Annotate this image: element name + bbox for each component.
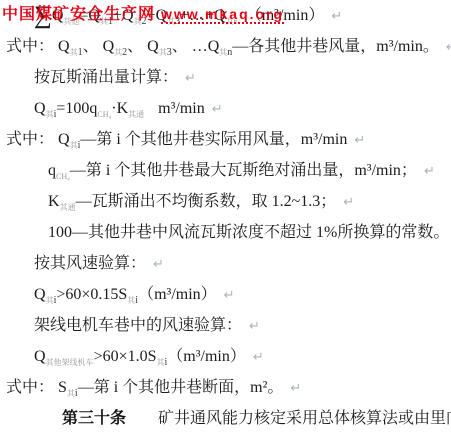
paragraph-mark-icon: ↵ — [205, 102, 223, 117]
text-line: 式中： Q其i—第 i 个其他井巷实际用风量，m³/min↵ — [0, 124, 451, 155]
text-segment: （m³/min） — [138, 286, 217, 303]
text-segment: 按瓦斯涌出量计算： — [34, 69, 178, 86]
text-segment: —第 i 个其他井巷实际用风量，m³/min — [80, 131, 347, 148]
text-segment: 、 …Q — [172, 38, 220, 55]
text-line: 第三十条 矿井通风能力核定采用总体核算法或由里向外核算 — [0, 403, 451, 434]
text-segment: =100q — [56, 100, 97, 117]
subscript: 其 — [46, 296, 54, 305]
paragraph-mark-icon: ↵ — [347, 133, 365, 148]
text-line: Q其i=100qCH₄·K其通m³/min↵ — [0, 93, 451, 124]
text-segment: Q — [34, 286, 46, 303]
text-segment: >60×1.0S — [94, 348, 157, 365]
text-segment: K — [48, 193, 60, 210]
text-segment: 矿井通风能力核定采用总体核算法或由里向外核算 — [126, 410, 451, 427]
text-segment: 第三十条 — [62, 410, 126, 427]
subscript: 其 — [70, 141, 78, 150]
text-line: 式中： S其i—第 i 个其他井巷断面，m²。↵ — [0, 372, 451, 403]
text-segment: 、 Q — [83, 38, 115, 55]
text-segment: （m³/min） — [167, 348, 246, 365]
document-body: ∑Q其他=Q其1+Q其2+Q其3+…+Q其n （m³/min）↵式中： Q其1、… — [0, 0, 451, 434]
subscript: 其他架线机车 — [46, 358, 94, 367]
watermark-site-url: www.mkaq.org — [161, 6, 284, 24]
text-line: 按其风速验算：↵ — [0, 248, 451, 279]
subscript: 其 — [67, 389, 75, 398]
text-line: 架线电机车巷中的风速验算：↵ — [0, 310, 451, 341]
text-line: qCH₄—第 i 个其他井巷最大瓦斯绝对涌出量，m³/min；↵ — [0, 155, 451, 186]
paragraph-mark-icon: ↵ — [246, 350, 264, 365]
text-line: K其通—瓦斯涌出不均衡系数，取 1.2~1.3；↵ — [0, 186, 451, 217]
subscript: CH₄ — [56, 172, 70, 181]
text-segment: q — [48, 162, 56, 179]
text-segment: 按其风速验算： — [34, 255, 146, 272]
document-page: 中国煤矿安全生产网www.mkaq.org ∑Q其他=Q其1+Q其2+Q其3+…… — [0, 0, 451, 434]
text-segment: 架线电机车巷中的风速验算： — [34, 317, 242, 334]
subscript: 其 — [70, 48, 78, 57]
paragraph-mark-icon: ↵ — [146, 257, 164, 272]
text-segment: >60×0.15S — [56, 286, 127, 303]
text-segment: —瓦斯涌出不均衡系数，取 1.2~1.3； — [76, 193, 337, 210]
text-segment: 、 Q — [127, 38, 159, 55]
text-line: 100—其他井巷中风流瓦斯浓度不超过 1%所换算的常数。↵ — [0, 217, 451, 248]
paragraph-mark-icon: ↵ — [417, 164, 435, 179]
text-segment: ·K — [111, 100, 128, 117]
text-segment: 式中： S — [6, 379, 67, 396]
text-segment: 100—其他井巷中风流瓦斯浓度不超过 1%所换算的常数。 — [48, 224, 449, 241]
paragraph-mark-icon: ↵ — [283, 381, 301, 396]
text-line: Q其他架线机车>60×1.0S其i（m³/min）↵ — [0, 341, 451, 372]
paragraph-mark-icon: ↵ — [336, 195, 354, 210]
paragraph-mark-icon: ↵ — [178, 71, 196, 86]
subscript: 其 — [157, 358, 165, 367]
paragraph-mark-icon: ↵ — [324, 9, 342, 24]
subscript: 其通 — [128, 110, 144, 119]
subscript: 其 — [114, 48, 122, 57]
text-segment: —第 i 个其他井巷断面，m²。 — [78, 379, 284, 396]
text-segment: —第 i 个其他井巷最大瓦斯绝对涌出量，m³/min； — [70, 162, 417, 179]
text-segment: 式中： Q — [6, 131, 70, 148]
paragraph-mark-icon: ↵ — [217, 288, 235, 303]
text-segment: —各其他井巷风量，m³/min。 — [232, 38, 439, 55]
text-segment: 式中： Q — [6, 38, 70, 55]
text-segment: Q — [34, 348, 46, 365]
text-line: 式中： Q其1、 Q其2、 Q其3、 …Q其n—各其他井巷风量，m³/min。↵ — [0, 31, 451, 62]
subscript: 其通 — [60, 203, 76, 212]
text-segment: Q — [34, 100, 46, 117]
subscript: 其 — [159, 48, 167, 57]
text-line: Q其i>60×0.15S其i（m³/min）↵ — [0, 279, 451, 310]
paragraph-mark-icon: ↵ — [439, 40, 451, 55]
subscript: 其 — [46, 110, 54, 119]
subscript: CH₄ — [97, 110, 111, 119]
text-segment: m³/min — [158, 100, 205, 117]
watermark: 中国煤矿安全生产网www.mkaq.org — [2, 1, 284, 24]
watermark-site-name: 中国煤矿安全生产网 — [2, 6, 155, 23]
paragraph-mark-icon: ↵ — [242, 319, 260, 334]
text-line: 按瓦斯涌出量计算：↵ — [0, 62, 451, 93]
